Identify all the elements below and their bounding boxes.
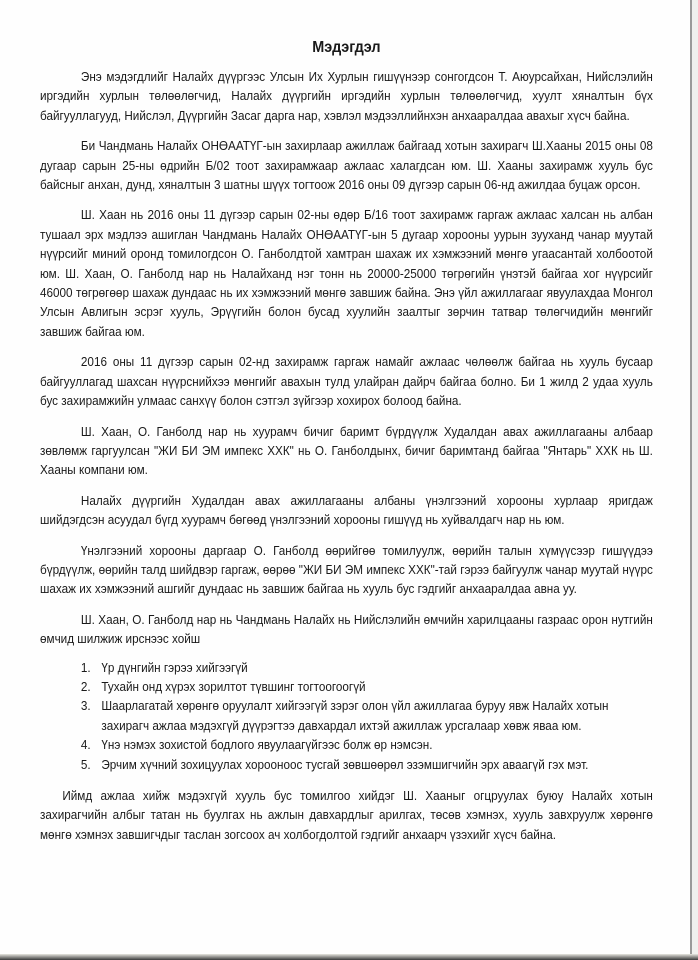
page-right-edge bbox=[690, 0, 692, 955]
list-item: 5.Эрчим хүчний зохицуулах хорооноос тусг… bbox=[81, 756, 653, 775]
paragraph-addressees: Энэ мэдэгдлийг Налайх дүүргээс Улсын Их … bbox=[40, 68, 653, 126]
paragraph-closing-request: Иймд ажлаа хийж мэдэхгүй хууль бус томил… bbox=[40, 787, 653, 845]
list-item: 2.Тухайн онд хүрэх зорилтот түвшинг тогт… bbox=[81, 678, 653, 697]
paragraph-dismissal-2016: 2016 оны 11 дүгээр сарын 02-нд захирамж … bbox=[40, 353, 653, 411]
violations-list: 1.Үр дүнгийн гэрээ хийгээгүй 2.Тухайн он… bbox=[40, 659, 653, 775]
scanned-page: Мэдэгдэл Энэ мэдэгдлийг Налайх дүүргээс … bbox=[0, 0, 698, 960]
paragraph-procurement: Налайх дүүргийн Худалдан авах ажиллагаан… bbox=[40, 492, 653, 531]
page-bottom-edge bbox=[0, 954, 698, 960]
paragraph-companies: Ш. Хаан, О. Ганболд нар нь хуурамч бичиг… bbox=[40, 423, 653, 481]
paragraph-evaluation-committee: Үнэлгээний хорооны даргаар О. Ганболд өө… bbox=[40, 542, 653, 600]
page-edge-shadow bbox=[692, 0, 698, 960]
list-item: 4.Үнэ нэмэх зохистой бодлого явуулаагүйг… bbox=[81, 736, 653, 755]
document-body: Мэдэгдэл Энэ мэдэгдлийг Налайх дүүргээс … bbox=[40, 38, 653, 856]
document-title: Мэдэгдэл bbox=[40, 38, 653, 58]
list-item: 1.Үр дүнгийн гэрээ хийгээгүй bbox=[81, 659, 653, 678]
paragraph-dismissal-2015: Би Чандмань Налайх ОНӨААТҮГ-ын захирлаар… bbox=[40, 137, 653, 195]
paragraph-coal-scheme: Ш. Хаан нь 2016 оны 11 дүгээр сарын 02-н… bbox=[40, 206, 653, 342]
list-item: 3.Шаарлагатай хөрөнгө оруулалт хийгээгүй… bbox=[81, 697, 653, 736]
paragraph-list-intro: Ш. Хаан, О. Ганболд нар нь Чандмань Нала… bbox=[40, 611, 653, 650]
